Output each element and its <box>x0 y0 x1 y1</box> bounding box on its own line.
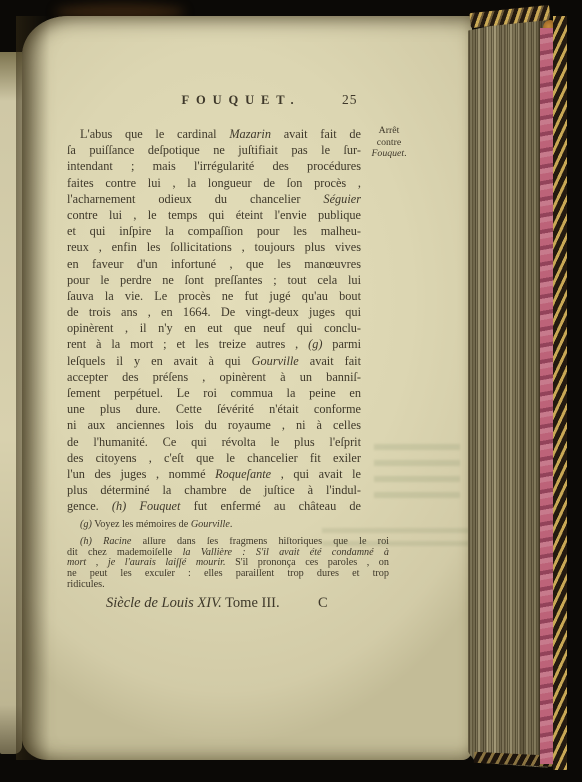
body-line: contre lui , le temps qui éteint l'envie… <box>67 207 361 223</box>
footnote-h-line: ridicules. <box>67 580 389 591</box>
page: FOUQUET. 25 Arrêt contre Fouquet. L'abus… <box>22 16 472 760</box>
footnote-g: (g) Voyez les mémoires de Gourville. <box>67 519 402 530</box>
body-line: en faveur d'un infortuné , que les manœu… <box>67 256 361 272</box>
marble-edge-gilt <box>553 16 567 770</box>
footnote-h-line: ne peut les excuſer : elles paraiſſent t… <box>67 569 389 580</box>
body-line: ſauva la vie. Le procès ne fut jugé qu'a… <box>67 288 361 304</box>
footnote-h-line: (h) Racine aſſure dans ſes fragmens hiſt… <box>67 537 389 548</box>
margin-note-line: Arrêt <box>360 125 418 137</box>
show-through-smudge <box>374 444 460 502</box>
body-line: ni aux anciennes lois du royaume , ni à … <box>67 417 361 433</box>
facing-page-edge <box>0 52 22 754</box>
body-line: plus déterminé la chambre de juſtice à l… <box>67 482 361 498</box>
margin-note-line: contre <box>360 137 418 149</box>
body-text: L'abus que le cardinal Mazarin avait fai… <box>67 126 361 515</box>
footnote-h: (h) Racine aſſure dans ſes fragmens hiſt… <box>67 537 389 590</box>
body-line: l'un des juges , nommé Roqueſante , qui … <box>67 466 361 482</box>
body-line: rent à la mort ; et les treize autres , … <box>67 336 361 352</box>
body-line: intendant ; mais l'irrégularité des proc… <box>67 158 361 174</box>
body-line: une plus dure. Cette ſévérité n'était co… <box>67 401 361 417</box>
body-line: accepter des préſens , opinèrent à un ba… <box>67 369 361 385</box>
body-line: L'abus que le cardinal Mazarin avait fai… <box>67 126 361 142</box>
marble-edge-pink <box>540 28 554 764</box>
footnote-h-line: mort , je l'aurais laiſſé mourir. S'il p… <box>67 558 389 569</box>
body-line: faites contre lui , la longueur de ſon p… <box>67 175 361 191</box>
signature-mark: C <box>318 595 328 612</box>
body-line: reux , enfin les ſollicitations , toujou… <box>67 239 361 255</box>
body-line: leſquels il y en avait à qui Gourville a… <box>67 353 361 369</box>
book-photo-stage: FOUQUET. 25 Arrêt contre Fouquet. L'abus… <box>0 0 582 782</box>
footnote-h-line: dit chez mademoiſelle la Vallière : S'il… <box>67 548 389 559</box>
margin-note-line: Fouquet. <box>360 148 418 160</box>
body-line: ſement perpétuel. Le roi commua la peine… <box>67 385 361 401</box>
page-number: 25 <box>342 92 358 108</box>
body-line: pour le perdre ne ſont preſſantes ; tout… <box>67 272 361 288</box>
body-line: des citoyens , c'eſt que le chancelier f… <box>67 450 361 466</box>
body-line: ſa puiſſance deſpotique ne juſtifiait pa… <box>67 142 361 158</box>
margin-note: Arrêt contre Fouquet. <box>360 125 418 160</box>
body-line: l'acharnement odieux du chancelier Ségui… <box>67 191 361 207</box>
body-line: de l'humanité. Ce qui révolta le plus l'… <box>67 434 361 450</box>
body-line: opinèrent , il n'y en eut que neuf qui c… <box>67 320 361 336</box>
body-line: de trois ans , en 1664. De vingt-deux ju… <box>67 304 361 320</box>
footer-title: Siècle de Louis XIV. Tome III. <box>106 595 280 612</box>
body-line: gence. (h) Fouquet fut enfermé au châtea… <box>67 498 361 514</box>
body-line: et qui inſpire la compaſſion pour les ma… <box>67 223 361 239</box>
fore-edge-pages <box>468 14 548 770</box>
